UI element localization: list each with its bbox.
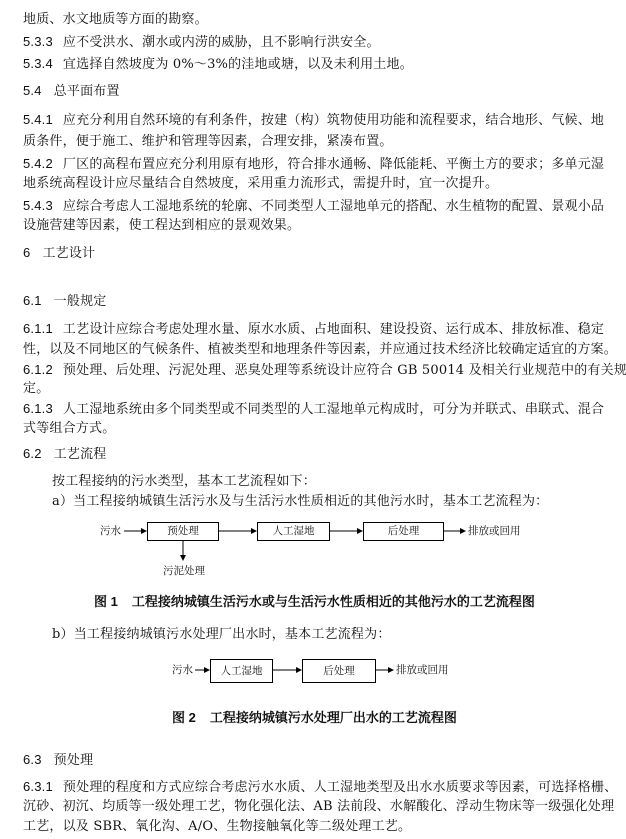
flow-box-post-treatment: 后处理 (302, 659, 376, 683)
clause-6-3-1-cont: 沉砂、初沉、均质等一级处理工艺，物化强化法、AB 法前段、水解酸化、浮动生物床等… (23, 799, 614, 815)
clause-6-3-1: 6.3.1预处理的程度和方式应综合考虑污水水质、人工湿地类型及出水水质要求等因素… (23, 779, 617, 796)
clause-6-3-1-cont2: 工艺，以及 SBR、氧化沟、A/O、生物接触氧化等二级处理工艺。 (23, 819, 411, 835)
clause-number: 6.3.1 (23, 779, 53, 794)
section-title: 预处理 (54, 752, 94, 767)
figure-number: 图 1 (94, 594, 118, 609)
flow-output-label: 排放或回用 (396, 663, 449, 677)
section-heading-6-3: 6.3预处理 (23, 752, 93, 768)
figure-caption-text: 工程接纳城镇污水处理厂出水的工艺流程图 (210, 710, 457, 725)
clause-text: 预处理的程度和方式应综合考虑污水水质、人工湿地类型及出水水质要求等因素，可选择格… (63, 780, 617, 795)
flow-box-constructed-wetland: 人工湿地 (210, 659, 273, 683)
figure-caption-text: 工程接纳城镇生活污水或与生活污水性质相近的其他污水的工艺流程图 (132, 594, 535, 609)
flow-input-label: 污水 (172, 663, 193, 677)
document-page: 地质、水文地质等方面的勘察。 5.3.3应不受洪水、潮水或内涝的威胁，且不影响行… (0, 0, 626, 839)
case-b-text: b）当工程接纳城镇污水处理厂出水时，基本工艺流程为： (52, 627, 391, 643)
figure-2-caption: 图 2工程接纳城镇污水处理厂出水的工艺流程图 (172, 707, 457, 726)
figure-number: 图 2 (172, 710, 196, 725)
section-number: 6.3 (23, 752, 42, 767)
figure-1-caption: 图 1工程接纳城镇生活污水或与生活污水性质相近的其他污水的工艺流程图 (94, 591, 535, 610)
